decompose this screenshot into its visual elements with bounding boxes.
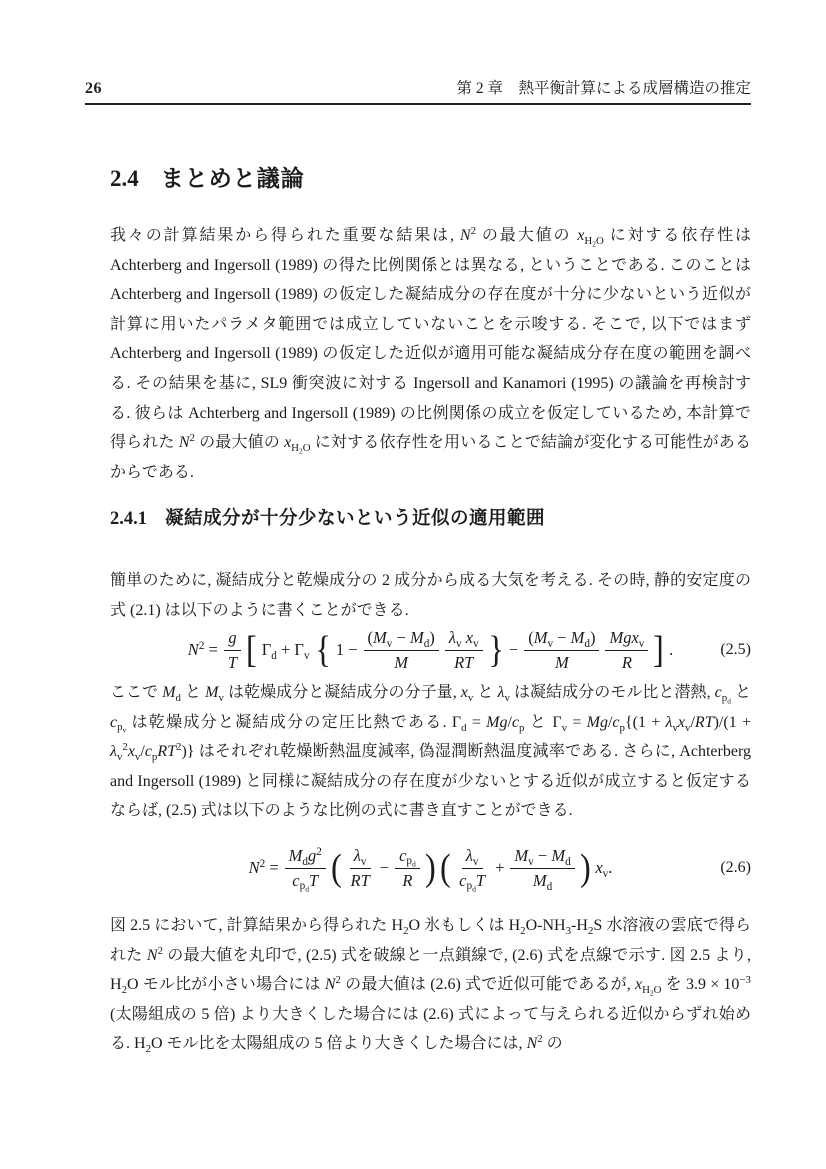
fraction: λvcpdT: [455, 846, 489, 891]
denominator: M: [551, 651, 573, 673]
right-paren: ): [425, 848, 436, 888]
numerator: λv: [350, 846, 371, 869]
right-brace: }: [488, 630, 504, 670]
denominator: RT: [450, 651, 477, 673]
left-bracket: [: [246, 630, 257, 670]
equation-term: −: [509, 640, 518, 660]
section-number: 2.4: [110, 166, 139, 191]
numerator: (Mv − Md): [364, 628, 439, 651]
denominator: T: [224, 651, 241, 673]
fraction: Mv − MdMd: [510, 846, 574, 891]
numerator: Mv − Md: [510, 846, 574, 869]
denominator: Md: [529, 869, 556, 891]
fraction: λvRT: [347, 846, 374, 891]
equation-term: .: [669, 640, 673, 660]
page-number: 26: [85, 80, 102, 98]
equation-2-5-math: N2 = gT [ Γd + Γv { 1 − (Mv − Md)M λv xv…: [185, 628, 676, 673]
numerator: (Mv − Md): [524, 628, 599, 651]
section-heading: 2.4まとめと議論: [110, 160, 305, 193]
fraction: (Mv − Md)M: [364, 628, 439, 673]
paragraph-1: 我々の計算結果から得られた重要な結果は, N2 の最大値の xH2O に対する依…: [110, 221, 751, 487]
page-header: 26 第 2 章 熱平衡計算による成層構造の推定: [85, 76, 751, 105]
paragraph-4: 図 2.5 において, 計算結果から得られた H2O 氷もしくは H2O-NH3…: [110, 911, 751, 1059]
equation-lhs: N2 =: [249, 858, 279, 878]
denominator: cpdT: [288, 869, 322, 891]
numerator: g: [224, 628, 240, 651]
fraction: (Mv − Md)M: [524, 628, 599, 673]
numerator: Mgxv: [605, 628, 648, 651]
fraction: Mdg2cpdT: [285, 846, 326, 891]
equation-label: (2.6): [720, 859, 751, 877]
equation-label: (2.5): [720, 641, 751, 659]
equation-2-6-math: N2 = Mdg2cpdT ( λvRT − cpdR ) ( λvcpdT +…: [246, 846, 616, 891]
right-paren: ): [580, 848, 591, 888]
left-brace: {: [315, 630, 331, 670]
numerator: Mdg2: [285, 846, 326, 869]
numerator: λv: [462, 846, 483, 869]
fraction: λv xvRT: [445, 628, 483, 673]
subsection-heading: 2.4.1凝結成分が十分少ないという近似の適用範囲: [110, 504, 545, 530]
denominator: R: [398, 869, 416, 891]
numerator: cpd: [395, 846, 420, 869]
paragraph-3: ここで Md と Mv は乾燥成分と凝結成分の分子量, xv と λv は凝結成…: [110, 678, 751, 826]
equation-term: xv.: [595, 858, 612, 878]
fraction: cpdR: [395, 846, 420, 891]
right-bracket: ]: [653, 630, 664, 670]
thesis-page: 26 第 2 章 熱平衡計算による成層構造の推定 2.4まとめと議論 我々の計算…: [0, 0, 826, 1169]
subsection-title: 凝結成分が十分少ないという近似の適用範囲: [165, 507, 545, 528]
equation-term: −: [380, 858, 389, 878]
running-head: 第 2 章 熱平衡計算による成層構造の推定: [456, 76, 751, 98]
equation-lhs: N2 =: [188, 640, 218, 660]
fraction: gT: [224, 628, 241, 673]
equation-2-6: N2 = Mdg2cpdT ( λvRT − cpdR ) ( λvcpdT +…: [110, 838, 751, 898]
left-paren: (: [331, 848, 342, 888]
fraction: MgxvR: [605, 628, 648, 673]
equation-term: 1 −: [336, 640, 358, 660]
equation-term: Γd + Γv: [262, 640, 310, 660]
equation-2-5: N2 = gT [ Γd + Γv { 1 − (Mv − Md)M λv xv…: [110, 624, 751, 676]
left-paren: (: [439, 848, 450, 888]
numerator: λv xv: [445, 628, 483, 651]
denominator: M: [390, 651, 412, 673]
equation-term: +: [495, 858, 504, 878]
denominator: cpdT: [455, 869, 489, 891]
denominator: R: [618, 651, 636, 673]
subsection-number: 2.4.1: [110, 509, 147, 529]
paragraph-2: 簡単のために, 凝結成分と乾燥成分の 2 成分から成る大気を考える. その時, …: [110, 566, 751, 625]
section-title: まとめと議論: [161, 165, 305, 191]
denominator: RT: [347, 869, 374, 891]
